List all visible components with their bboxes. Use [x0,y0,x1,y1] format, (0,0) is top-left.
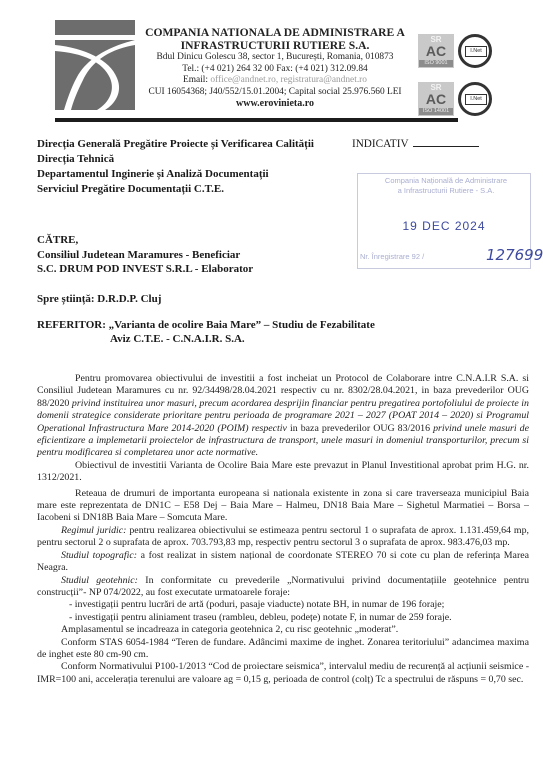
recipient-line: S.C. DRUM POD INVEST S.R.L - Elaborator [37,262,253,277]
recipients-label: CĂTRE, [37,233,253,248]
paragraph-topographic: Studiul topografic: a fost realizat in s… [37,550,529,575]
indicativ-blank [413,137,479,147]
company-address: Bdul Dinicu Golescu 38, sector 1, Bucure… [140,52,410,64]
stamp-date: 19 DEC 2024 [358,219,530,233]
subject-line1: „Varianta de ocolire Baia Mare” – Studiu… [109,319,375,331]
stamp-registration-number: 127699 [486,246,543,264]
company-phone: Tel.: (+4 021) 264 32 00 Fax: (+4 021) 3… [140,64,410,76]
sr-ac-badge-icon: SR AC ISO 9001 [418,34,454,68]
registration-stamp: Compania Națională de Administrare a Inf… [357,173,531,269]
recipient-line: Consiliul Judetean Maramures - Beneficia… [37,248,253,263]
paragraph-investment-plan: Obiectivul de investitii Varianta de Oco… [37,460,529,485]
subject-label: REFERITOR: [37,319,109,331]
paragraph-seismic: Conform Normativului P100-1/2013 “Cod de… [37,661,529,686]
sender-line: Serviciul Pregătire Documentații C.T.E. [37,182,314,197]
sender-block: Direcția Generală Pregătire Proiecte și … [37,137,314,197]
company-logo [55,20,135,110]
company-name-line1: COMPANIA NATIONALA DE ADMINISTRARE A [140,26,410,39]
email-links[interactable]: office@andnet.ro, registratura@andnet.ro [210,75,367,85]
paragraph-protocol: Pentru promovarea obiectivului de invest… [37,373,529,460]
paragraph-road-network: Reteaua de drumuri de importanta europea… [37,488,529,525]
paragraph-frost-depth: Conform STAS 6054-1984 “Teren de fundare… [37,637,529,662]
company-email-row: Email: office@andnet.ro, registratura@an… [140,75,410,87]
subject-line2: Aviz C.T.E. - C.N.A.I.R. S.A. [37,332,375,346]
sender-line: Direcția Generală Pregătire Proiecte și … [37,137,314,152]
paragraph-legal-regime: Regimul juridic: pentru realizarea obiec… [37,525,529,550]
sr-ac-badge-icon: SR AC ISO 14001 [418,82,454,116]
inet-seal-icon: I.Net [458,34,492,68]
company-registration: CUI 16054368; J40/552/15.01.2004; Capita… [140,87,410,99]
company-name-line2: INFRASTRUCTURII RUTIERE S.A. [140,39,410,52]
email-label: Email: [183,75,210,85]
recipients-block: CĂTRE, Consiliul Judetean Maramures - Be… [37,233,253,277]
indicativ-label: INDICATIV [352,138,409,150]
subject-block: REFERITOR: „Varianta de ocolire Baia Mar… [37,318,375,346]
road-logo-icon [55,20,135,110]
inet-seal-icon: I.Net [458,82,492,116]
indicativ-field: INDICATIV [352,137,479,150]
sender-line: Departamentul Inginerie și Analiză Docum… [37,167,314,182]
stamp-registration-label: Nr. Înregistrare 92 / [360,252,424,261]
paragraph-geotechnical: Studiul geotehnic: In conformitate cu pr… [37,575,529,600]
letter-body: Pentru promovarea obiectivului de invest… [37,373,529,686]
bullet-item: - investigații pentru lucrări de artă (p… [37,599,529,611]
sender-line: Direcția Tehnică [37,152,314,167]
header-divider [55,118,458,122]
stamp-organization: Compania Națională de Administrare a Inf… [366,176,526,196]
bullet-item: - investigații pentru aliniament traseu … [37,612,529,624]
cc-line: Spre știință: D.R.D.P. Cluj [37,293,161,305]
company-header: COMPANIA NATIONALA DE ADMINISTRARE A INF… [140,26,410,110]
company-website[interactable]: www.erovinieta.ro [140,98,410,110]
paragraph-geotech-category: Amplasamentul se incadreaza in categoria… [37,624,529,636]
